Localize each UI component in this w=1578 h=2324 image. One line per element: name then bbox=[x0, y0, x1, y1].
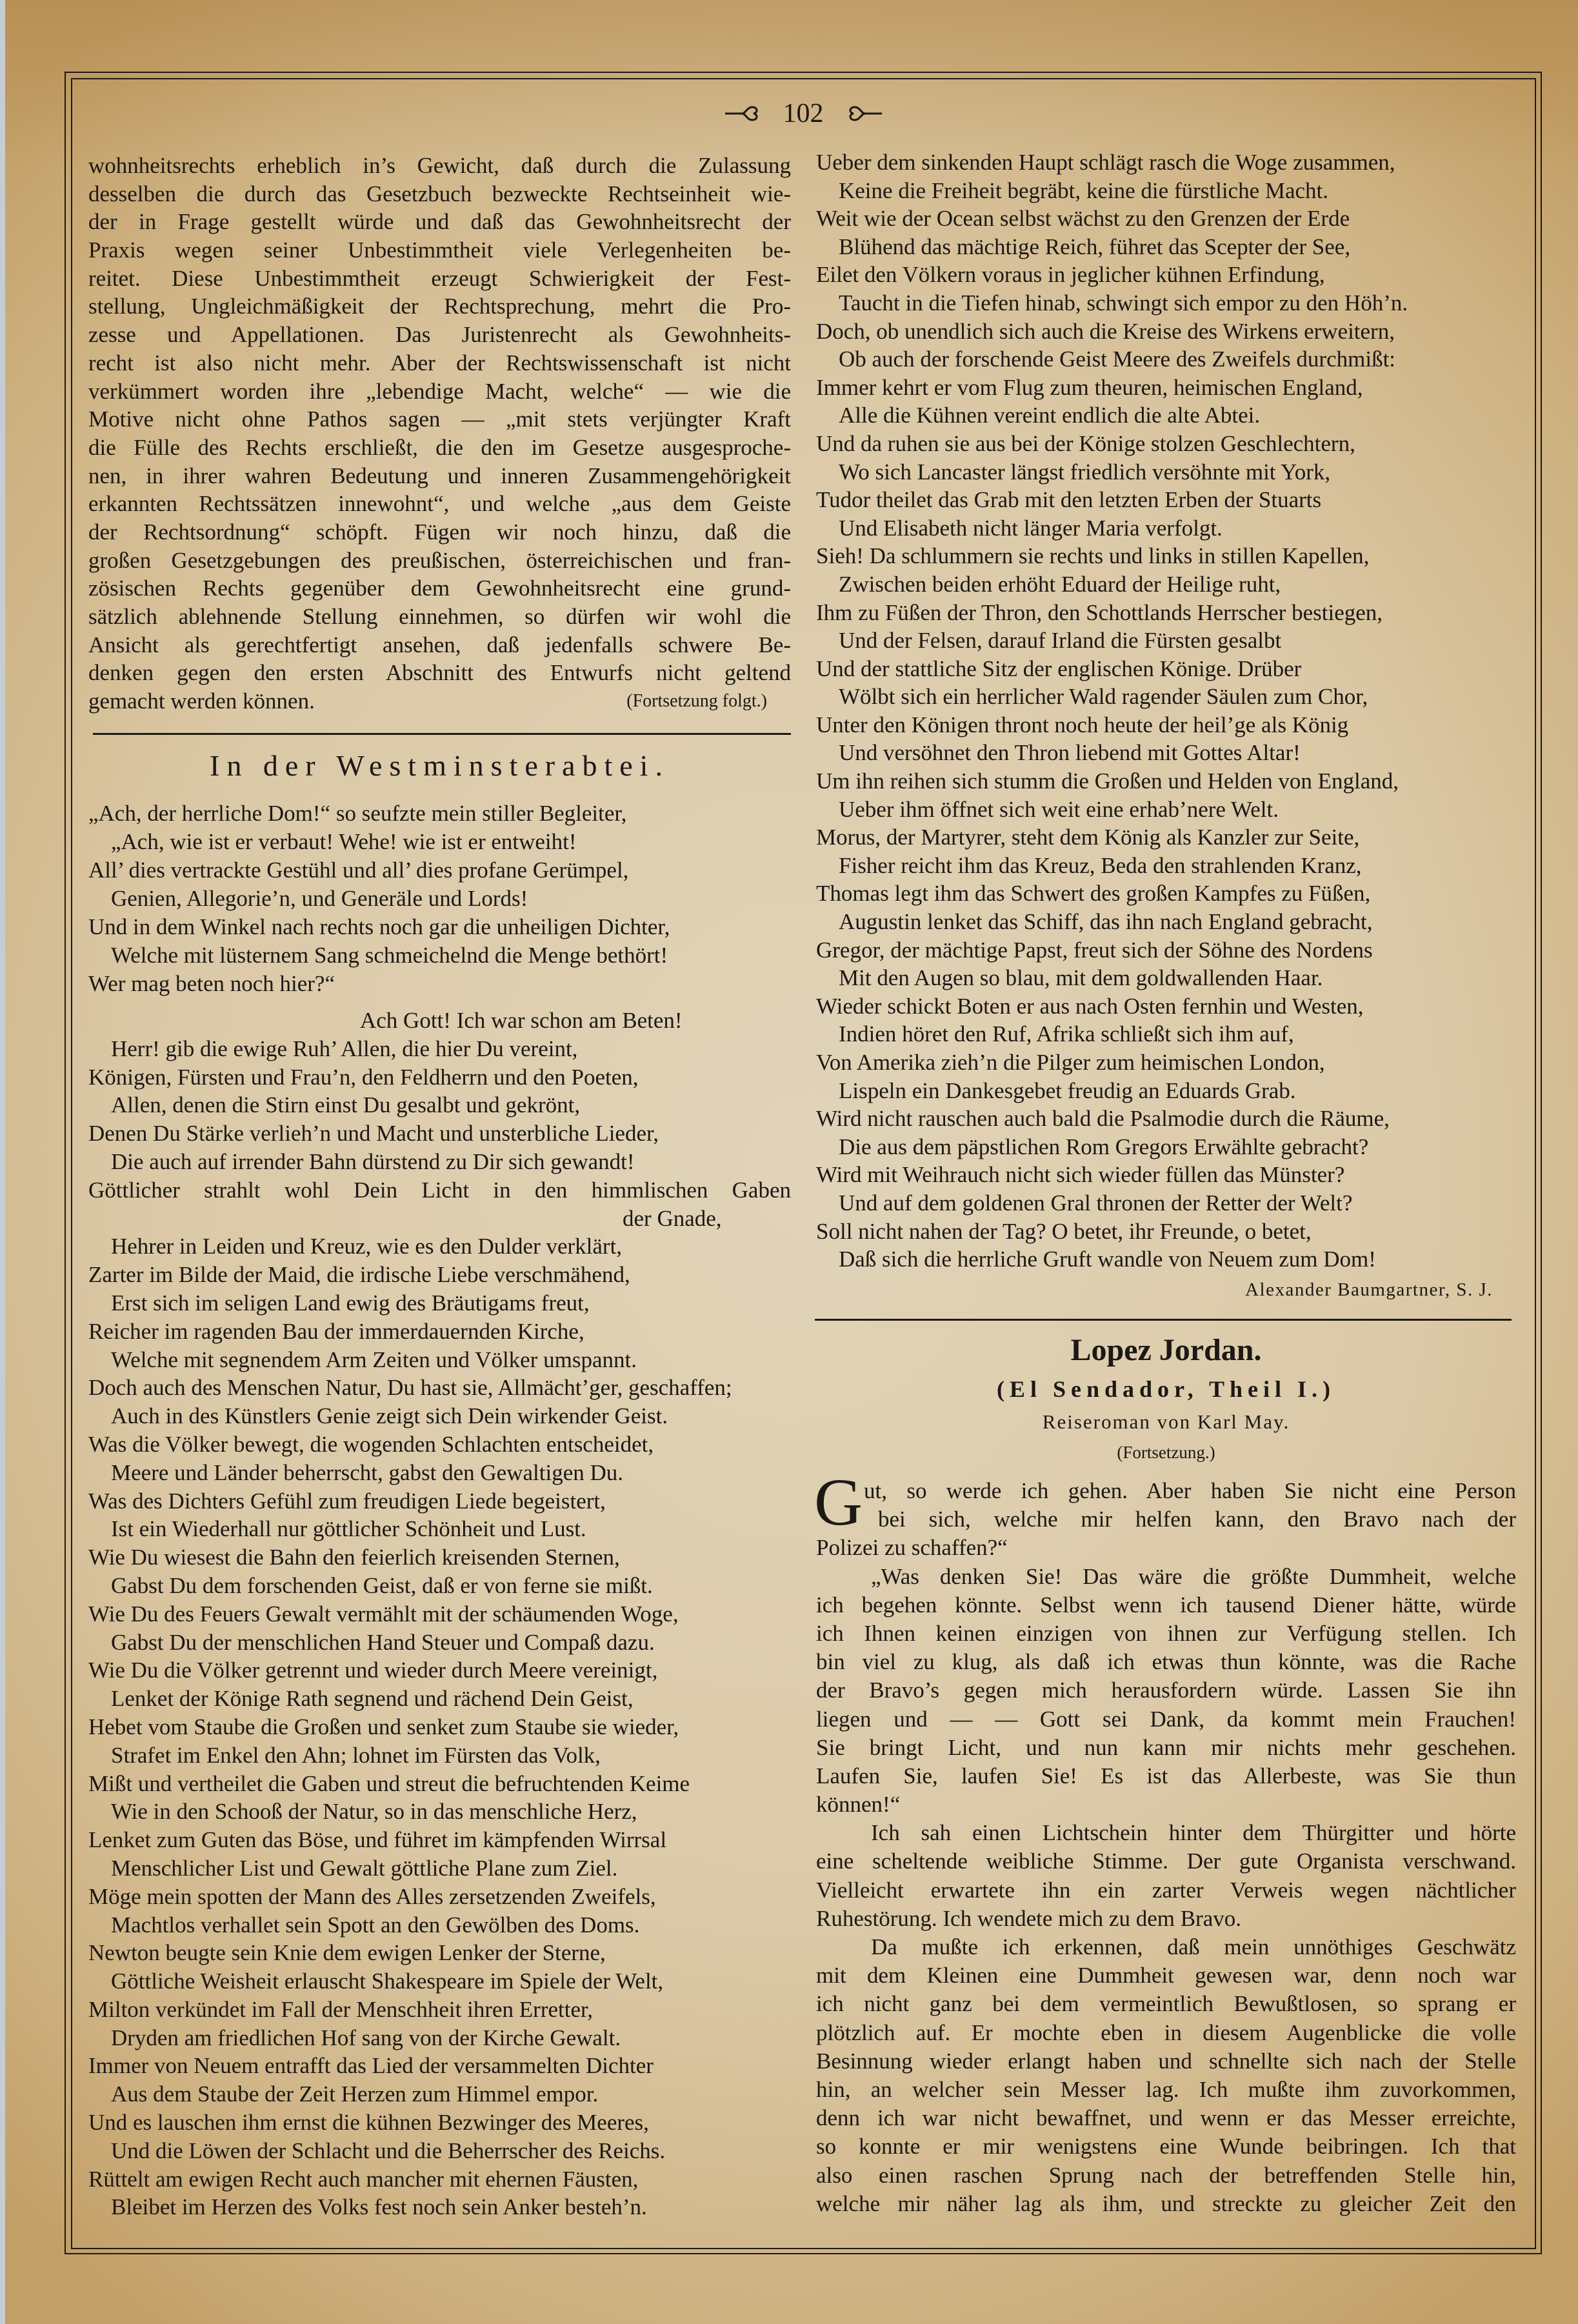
poem-line: Und der Felsen, darauf Irland die Fürste… bbox=[816, 626, 1516, 655]
poem-line: Wie Du des Feuers Gewalt vermählt mit de… bbox=[88, 1600, 791, 1628]
text-line: Besinnung wieder erlangt haben und schne… bbox=[816, 2047, 1516, 2076]
poem-line: Dryden am friedlichen Hof sang von der K… bbox=[88, 2024, 791, 2052]
newspaper-page: 102 wohnheitsrechts erheblich in’s Gewic… bbox=[0, 0, 1578, 2324]
poem-title: In der Westminsterabtei. bbox=[88, 746, 791, 785]
text-line: der Bravo’s gegen mich herausfordern wür… bbox=[816, 1676, 1516, 1705]
serial-text: ut, so werde ich gehen. Aber haben Sie n… bbox=[816, 1477, 1516, 2218]
poem-line: Zarter im Bilde der Maid, die irdische L… bbox=[88, 1261, 791, 1289]
poem-line: Genien, Allegorie’n, und Generäle und Lo… bbox=[88, 885, 791, 913]
poem-line: Ueber dem sinkenden Haupt schlägt rasch … bbox=[816, 148, 1516, 177]
poem-line: Möge mein spotten der Mann des Alles zer… bbox=[88, 1883, 791, 1911]
text-line: Laufen Sie, laufen Sie! Es ist das Aller… bbox=[816, 1762, 1516, 1790]
poem-line: Soll nicht nahen der Tag? O betet, ihr F… bbox=[816, 1217, 1516, 1246]
text-line: können!“ bbox=[816, 1790, 1516, 1819]
poem-line: Und da ruhen sie aus bei der Könige stol… bbox=[816, 430, 1516, 458]
poem-continued: Ueber dem sinkenden Haupt schlägt rasch … bbox=[816, 148, 1516, 1274]
poem-line: Ueber ihm öffnet sich weit eine erhab’ne… bbox=[816, 796, 1516, 824]
text-line: stellung, Ungleichmäßigkeit der Rechtspr… bbox=[88, 292, 791, 321]
poem-line: Ob auch der forschende Geist Meere des Z… bbox=[816, 345, 1516, 374]
poem-line: Doch, ob unendlich sich auch die Kreise … bbox=[816, 317, 1516, 346]
page-header: 102 bbox=[674, 97, 932, 130]
poem-line: Doch auch des Menschen Natur, Du hast si… bbox=[88, 1374, 791, 1402]
text-line: also einen raschen Sprung nach der betre… bbox=[816, 2161, 1516, 2190]
poem-line: Lenket der Könige Rath segnend und räche… bbox=[88, 1685, 791, 1713]
text-line: denn ich war nicht bewaffnet, und wenn e… bbox=[816, 2104, 1516, 2132]
text-line: bin viel zu klug, als daß ich etwas thun… bbox=[816, 1648, 1516, 1676]
text-line: wohnheitsrechts erheblich in’s Gewicht, … bbox=[88, 152, 791, 180]
text-line: reitet. Diese Unbestimmtheit erzeugt Sch… bbox=[88, 265, 791, 293]
poem-line: „Ach, der herrliche Dom!“ so seufzte mei… bbox=[88, 799, 791, 828]
text-line: Polizei zu schaffen?“ bbox=[816, 1534, 1516, 1562]
poem-line: Taucht in die Tiefen hinab, schwingt sic… bbox=[816, 289, 1516, 317]
poem-line: Unter den Königen thront noch heute der … bbox=[816, 711, 1516, 739]
poem-line: Strafet im Enkel den Ahn; lohnet im Fürs… bbox=[88, 1741, 791, 1770]
text-line: hin, an welcher sein Messer lag. Ich muß… bbox=[816, 2076, 1516, 2104]
poem-line: Gabst Du der menschlichen Hand Steuer un… bbox=[88, 1628, 791, 1657]
poem-line: Die auch auf irrender Bahn dürstend zu D… bbox=[88, 1148, 791, 1176]
text-line: recht ist also nicht mehr. Aber der Rech… bbox=[88, 349, 791, 377]
poem-line: Welche mit segnendem Arm Zeiten und Völk… bbox=[88, 1346, 791, 1374]
text-line: großen Gesetzgebungen des preußischen, ö… bbox=[88, 546, 791, 575]
poem-line: Was die Völker bewegt, die wogenden Schl… bbox=[88, 1430, 791, 1459]
poem-line: Sieh! Da schlummern sie rechts und links… bbox=[816, 542, 1516, 570]
poem-line: Von Amerika zieh’n die Pilger zum heimis… bbox=[816, 1048, 1516, 1077]
poem-line: Fisher reicht ihm das Kreuz, Beda den st… bbox=[816, 852, 1516, 880]
text-line: denken gegen den ersten Abschnitt des En… bbox=[88, 659, 791, 687]
poem-line: Ist ein Wiederhall nur göttlicher Schönh… bbox=[88, 1515, 791, 1543]
poem-line: Alle die Kühnen vereint endlich die alte… bbox=[816, 401, 1516, 430]
poem-line: Wie Du die Völker getrennt und wieder du… bbox=[88, 1656, 791, 1685]
poem-line: Die aus dem päpstlichen Rom Gregors Erwä… bbox=[816, 1133, 1516, 1161]
text-line: Praxis wegen seiner Unbestimmtheit viele… bbox=[88, 236, 791, 265]
poem-line: Morus, der Martyrer, steht dem König als… bbox=[816, 823, 1516, 852]
poem-line: Rüttelt am ewigen Recht auch mancher mit… bbox=[88, 2165, 791, 2194]
text-line: Sie bringt Licht, und nun kann mir nicht… bbox=[816, 1734, 1516, 1762]
poem-line: der Gnade, bbox=[88, 1205, 791, 1233]
poem-line: Ach Gott! Ich war schon am Beten! bbox=[88, 1007, 791, 1035]
poem-line: Herr! gib die ewige Ruh’ Allen, die hier… bbox=[88, 1035, 791, 1063]
poem-line: Und es lauschen ihm ernst die kühnen Bez… bbox=[88, 2109, 791, 2137]
serial-subtitle: (El Sendador, Theil I.) bbox=[816, 1373, 1516, 1405]
poem-line: Allen, denen die Stirn einst Du gesalbt … bbox=[88, 1091, 791, 1119]
poem-line: Göttlicher strahlt wohl Dein Licht in de… bbox=[88, 1176, 791, 1205]
poem-line: Newton beugte sein Knie dem ewigen Lenke… bbox=[88, 1939, 791, 1967]
poem-line: Gregor, der mächtige Papst, freut sich d… bbox=[816, 936, 1516, 965]
text-line: nen, in ihrer wahren Bedeutung und inner… bbox=[88, 462, 791, 490]
section-divider bbox=[815, 1319, 1512, 1321]
poem-line: Weit wie der Ocean selbst wächst zu den … bbox=[816, 205, 1516, 233]
poem-line: Immer von Neuem entrafft das Lied der ve… bbox=[88, 2052, 791, 2080]
poem-line: Wer mag beten noch hier?“ bbox=[88, 970, 791, 998]
poem-line: Zwischen beiden erhöht Eduard der Heilig… bbox=[816, 570, 1516, 599]
text-line: ich Ihnen keinen einzigen von ihnen zur … bbox=[816, 1619, 1516, 1648]
text-line: zesse und Appellationen. Das Juristenrec… bbox=[88, 321, 791, 349]
scroll-ornament-right-icon bbox=[847, 105, 883, 122]
poem-stanza-2: Ach Gott! Ich war schon am Beten! Herr! … bbox=[88, 1007, 791, 2221]
poem-line: Göttliche Weisheit erlauscht Shakespeare… bbox=[88, 1967, 791, 1996]
poem-line: Blühend das mächtige Reich, führet das S… bbox=[816, 233, 1516, 261]
text-line: ut, so werde ich gehen. Aber haben Sie n… bbox=[816, 1477, 1516, 1505]
poem-line: Immer kehrt er vom Flug zum theuren, hei… bbox=[816, 374, 1516, 402]
text-line: Da mußte ich erkennen, daß mein unnöthig… bbox=[816, 1933, 1516, 1961]
poem-line: Königen, Fürsten und Frau’n, den Feldher… bbox=[88, 1063, 791, 1092]
poem-line: Wo sich Lancaster längst friedlich versö… bbox=[816, 458, 1516, 486]
poem-line: Machtlos verhallet sein Spott an den Gew… bbox=[88, 1911, 791, 1939]
poem-line: Erst sich im seligen Land ewig des Bräut… bbox=[88, 1289, 791, 1317]
text-line: ich nicht ganz bei dem vermeintlich Bewu… bbox=[816, 1990, 1516, 2018]
poem-line: Wölbt sich ein herrlicher Wald ragender … bbox=[816, 683, 1516, 711]
scroll-ornament-left-icon bbox=[724, 105, 760, 122]
poem-line: Und versöhnet den Thron liebend mit Gott… bbox=[816, 739, 1516, 767]
poem-line: Meere und Länder beherrscht, gabst den G… bbox=[88, 1459, 791, 1487]
text-line: sätzlich ablehnende Stellung einnehmen, … bbox=[88, 603, 791, 631]
text-line: Ansicht als gerechtfertigt ansehen, daß … bbox=[88, 631, 791, 659]
poem-line: Aus dem Staube der Zeit Herzen zum Himme… bbox=[88, 2080, 791, 2109]
serial-title: Lopez Jordan. bbox=[816, 1331, 1516, 1370]
poem-line: Daß sich die herrliche Gruft wandle von … bbox=[816, 1245, 1516, 1274]
poem-line: Eilet den Völkern voraus in jeglicher kü… bbox=[816, 261, 1516, 289]
poem-line: Wie in den Schooß der Natur, so in das m… bbox=[88, 1798, 791, 1826]
poem-stanza-1: „Ach, der herrliche Dom!“ so seufzte mei… bbox=[88, 799, 791, 998]
continuation-note: (Fortsetzung folgt.) bbox=[626, 687, 791, 716]
text-line: die Fülle des Rechts erschließt, die den… bbox=[88, 434, 791, 462]
scan-edge bbox=[0, 0, 5, 2324]
poem-line: Tudor theilet das Grab mit den letzten E… bbox=[816, 486, 1516, 514]
text-line: verkümmert worden ihre „lebendige Macht,… bbox=[88, 377, 791, 406]
text-line: bei sich, welche mir helfen kann, den Br… bbox=[816, 1505, 1516, 1534]
poem-line: Augustin lenket das Schiff, das ihn nach… bbox=[816, 908, 1516, 936]
poem-line: Um ihn reihen sich stumm die Großen und … bbox=[816, 767, 1516, 796]
poem-line: Welche mit lüsternem Sang schmeichelnd d… bbox=[88, 941, 791, 970]
text-line: ich begehen könnte. Selbst wenn ich taus… bbox=[816, 1591, 1516, 1619]
poem-line: Und die Löwen der Schlacht und die Beher… bbox=[88, 2137, 791, 2165]
poem-line: Hebet vom Staube die Großen und senket z… bbox=[88, 1713, 791, 1741]
poem-line: „Ach, wie ist er verbaut! Wehe! wie ist … bbox=[88, 828, 791, 856]
poem-line: Bleibet im Herzen des Volks fest noch se… bbox=[88, 2193, 791, 2221]
text-line: zösischen Rechts gegenüber dem Gewohnhei… bbox=[88, 574, 791, 603]
section-divider bbox=[93, 733, 791, 735]
poem-line: Was des Dichters Gefühl zum freudigen Li… bbox=[88, 1487, 791, 1516]
serial-continued-note: (Fortsetzung.) bbox=[816, 1441, 1516, 1464]
text-line: „Was denken Sie! Das wäre die größte Dum… bbox=[816, 1563, 1516, 1591]
poem-line: Milton verkündet im Fall der Menschheit … bbox=[88, 1996, 791, 2024]
poem-line: Thomas legt ihm das Schwert des großen K… bbox=[816, 879, 1516, 908]
text-line-end: gemacht werden können. bbox=[88, 687, 315, 716]
text-line: Motive nicht ohne Pathos sagen — „mit st… bbox=[88, 405, 791, 434]
poem-line: Wird mit Weihrauch nicht sich wieder fül… bbox=[816, 1161, 1516, 1189]
poem-line: Hehrer in Leiden und Kreuz, wie es den D… bbox=[88, 1232, 791, 1261]
poem-line: Lispeln ein Dankesgebet freudig an Eduar… bbox=[816, 1077, 1516, 1105]
poem-line: Wird nicht rauschen auch bald die Psalmo… bbox=[816, 1105, 1516, 1133]
poem-line: Und auf dem goldenen Gral thronen der Re… bbox=[816, 1189, 1516, 1217]
poem-line: Und der stattliche Sitz der englischen K… bbox=[816, 655, 1516, 683]
text-line: mit dem Kleinen eine Dummheit gewesen wa… bbox=[816, 1961, 1516, 1990]
article-continuation: wohnheitsrechts erheblich in’s Gewicht, … bbox=[88, 152, 791, 716]
serial-byline: Reiseroman von Karl May. bbox=[816, 1409, 1516, 1435]
text-line: plötzlich auf. Er mochte eben in diesem … bbox=[816, 2019, 1516, 2047]
poem-line: Mißt und vertheilet die Gaben und streut… bbox=[88, 1770, 791, 1798]
poem-line: Reicher im ragenden Bau der immerdauernd… bbox=[88, 1317, 791, 1346]
text-line: erkannten Rechtssätzen innewohnt“, und w… bbox=[88, 490, 791, 518]
poem-line: Und in dem Winkel nach rechts noch gar d… bbox=[88, 913, 791, 941]
poem-line: Lenket zum Guten das Böse, und führet im… bbox=[88, 1826, 791, 1854]
text-line: so konnte er mir wenigstens eine Wunde b… bbox=[816, 2132, 1516, 2161]
text-line: der in Frage gestellt würde und daß das … bbox=[88, 208, 791, 236]
text-line: welche mir näher lag als ihm, und streck… bbox=[816, 2190, 1516, 2218]
poem-line: Wie Du wiesest die Bahn den feierlich kr… bbox=[88, 1543, 791, 1572]
poem-line: Wieder schickt Boten er aus nach Osten f… bbox=[816, 992, 1516, 1021]
poem-line: Keine die Freiheit begräbt, keine die fü… bbox=[816, 177, 1516, 205]
poem-line: All’ dies vertrackte Gestühl und all’ di… bbox=[88, 856, 791, 885]
poem-line: Denen Du Stärke verlieh’n und Macht und … bbox=[88, 1119, 791, 1148]
text-line: der Rechtsordnung“ schöpft. Fügen wir no… bbox=[88, 518, 791, 546]
text-line-final: gemacht werden können. (Fortsetzung folg… bbox=[88, 687, 791, 716]
text-line: Ruhestörung. Ich wendete mich zu dem Bra… bbox=[816, 1905, 1516, 1933]
poem-line: Mit den Augen so blau, mit dem goldwalle… bbox=[816, 964, 1516, 992]
poem-line: Ihm zu Füßen der Thron, den Schottlands … bbox=[816, 599, 1516, 627]
text-line: Ich sah einen Lichtschein hinter dem Thü… bbox=[816, 1819, 1516, 1847]
poem-line: Und Elisabeth nicht länger Maria verfolg… bbox=[816, 514, 1516, 543]
poem-line: Menschlicher List und Gewalt göttliche P… bbox=[88, 1854, 791, 1883]
page-number: 102 bbox=[783, 97, 824, 130]
poem-author: Alexander Baumgartner, S. J. bbox=[816, 1277, 1493, 1303]
text-line: Vielleicht erwartete ihn ein zarter Verw… bbox=[816, 1876, 1516, 1905]
poem-line: Gabst Du dem forschenden Geist, daß er v… bbox=[88, 1572, 791, 1600]
text-line: eine scheltende weibliche Stimme. Der gu… bbox=[816, 1847, 1516, 1876]
text-line: desselben die durch das Gesetzbuch bezwe… bbox=[88, 180, 791, 208]
poem-line: Auch in des Künstlers Genie zeigt sich D… bbox=[88, 1402, 791, 1430]
poem-line: Indien höret den Ruf, Afrika schließt si… bbox=[816, 1020, 1516, 1048]
text-line: liegen und — — Gott sei Dank, da kommt m… bbox=[816, 1705, 1516, 1734]
